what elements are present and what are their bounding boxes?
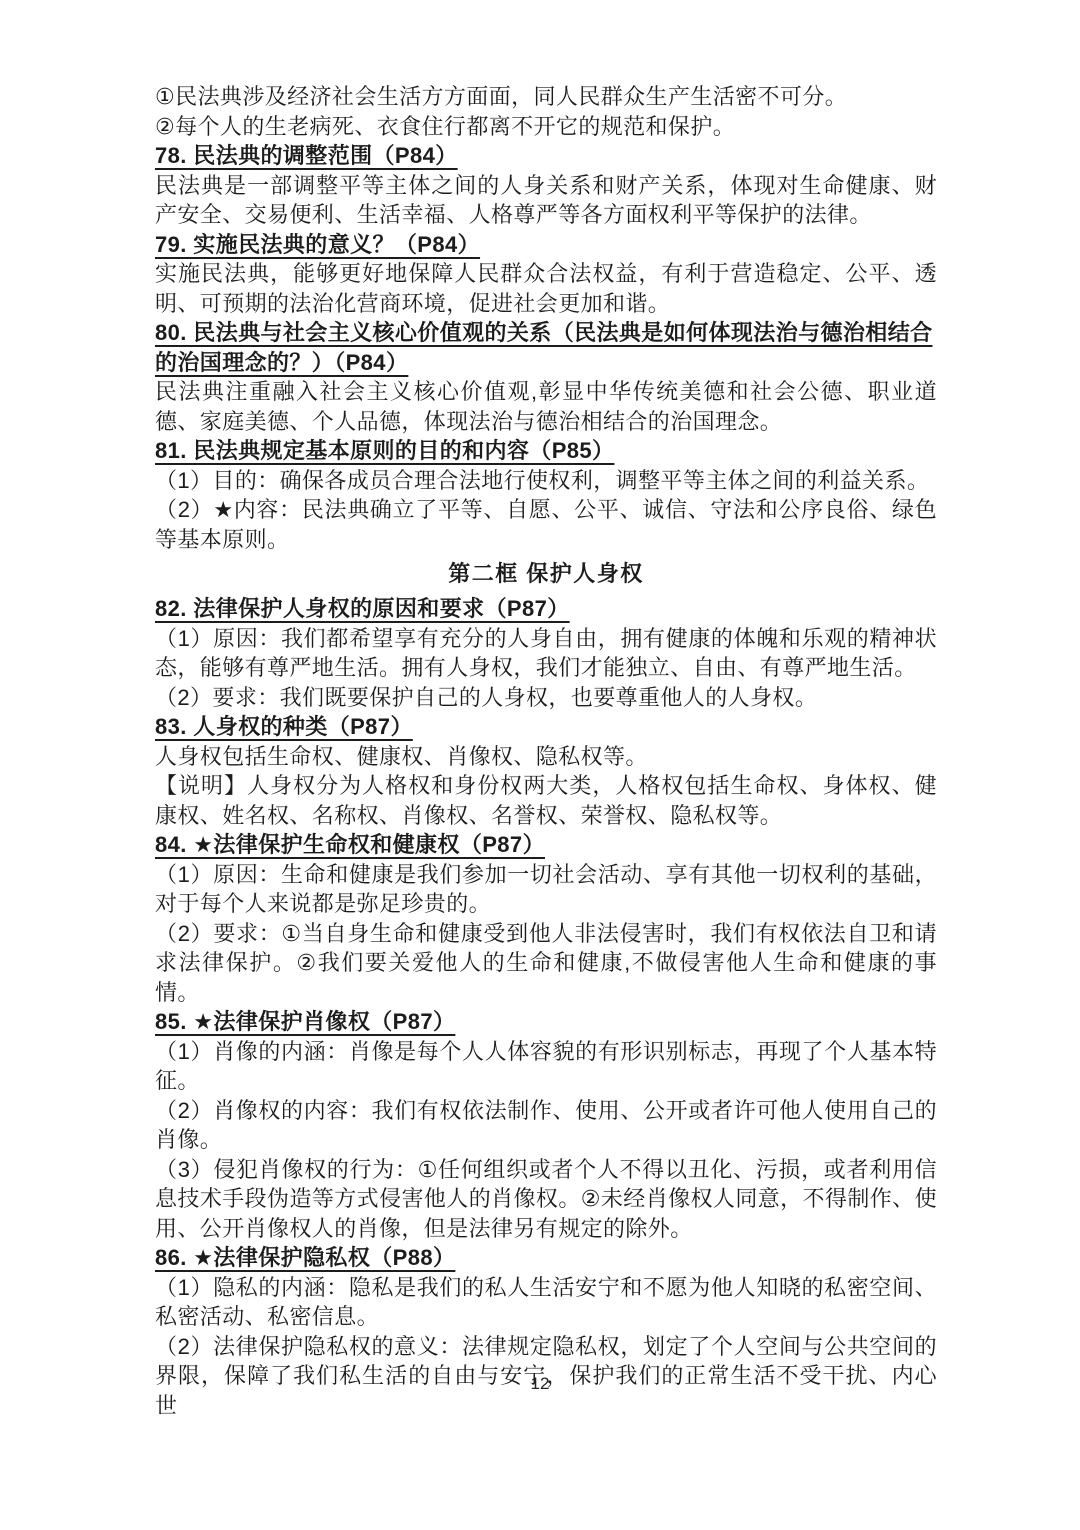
para-intro-2: ②每个人的生老病死、衣食住行都离不开它的规范和保护。 [155, 112, 937, 142]
para-intro-1: ①民法典涉及经济社会生活方方面面，同人民群众生产生活密不可分。 [155, 82, 937, 112]
heading-q80: 80. 民法典与社会主义核心价值观的关系（民法典是如何体现法治与德治相结合的治国… [155, 318, 937, 377]
heading-q81: 81. 民法典规定基本原则的目的和内容（P85） [155, 436, 937, 466]
para-q85-point-3: （3）侵犯肖像权的行为：①任何组织或者个人不得以丑化、污损，或者利用信息技术手段… [155, 1155, 937, 1244]
para-q85-point-2: （2）肖像权的内容：我们有权依法制作、使用、公开或者许可他人使用自己的肖像。 [155, 1096, 937, 1155]
heading-q83: 83. 人身权的种类（P87） [155, 712, 937, 742]
para-q82-point-1: （1）原因：我们都希望享有充分的人身自由，拥有健康的体魄和乐观的精神状态，能够有… [155, 624, 937, 683]
page-number: 12 [0, 1374, 1080, 1394]
section-title-frame2: 第二框 保护人身权 [155, 554, 937, 594]
heading-q84: 84. ★法律保护生命权和健康权（P87） [155, 830, 937, 860]
para-q79-answer: 实施民法典，能够更好地保障人民群众合法权益，有利于营造稳定、公平、透明、可预期的… [155, 259, 937, 318]
heading-q82: 82. 法律保护人身权的原因和要求（P87） [155, 594, 937, 624]
para-q80-answer: 民法典注重融入社会主义核心价值观,彰显中华传统美德和社会公德、职业道德、家庭美德… [155, 377, 937, 436]
para-q83-answer: 人身权包括生命权、健康权、肖像权、隐私权等。 [155, 742, 937, 772]
para-q86-point-1: （1）隐私的内涵：隐私是我们的私人生活安宁和不愿为他人知晓的私密空间、私密活动、… [155, 1273, 937, 1332]
para-q83-note: 【说明】人身权分为人格权和身份权两大类，人格权包括生命权、身体权、健康权、姓名权… [155, 771, 937, 830]
para-q84-point-1: （1）原因：生命和健康是我们参加一切社会活动、享有其他一切权利的基础，对于每个人… [155, 860, 937, 919]
para-q85-point-1: （1）肖像的内涵：肖像是每个人人体容貌的有形识别标志，再现了个人基本特征。 [155, 1037, 937, 1096]
heading-q78: 78. 民法典的调整范围（P84） [155, 141, 937, 171]
para-q78-answer: 民法典是一部调整平等主体之间的人身关系和财产关系，体现对生命健康、财产安全、交易… [155, 171, 937, 230]
heading-q85: 85. ★法律保护肖像权（P87） [155, 1007, 937, 1037]
document-content: ①民法典涉及经济社会生活方方面面，同人民群众生产生活密不可分。 ②每个人的生老病… [155, 82, 937, 1420]
para-q82-point-2: （2）要求：我们既要保护自己的人身权，也要尊重他人的人身权。 [155, 683, 937, 713]
para-q81-point-2: （2）★内容：民法典确立了平等、自愿、公平、诚信、守法和公序良俗、绿色等基本原则… [155, 495, 937, 554]
para-q84-point-2: （2）要求：①当自身生命和健康受到他人非法侵害时，我们有权依法自卫和请求法律保护… [155, 919, 937, 1008]
para-q81-point-1: （1）目的：确保各成员合理合法地行使权利，调整平等主体之间的利益关系。 [155, 466, 937, 496]
heading-q79: 79. 实施民法典的意义？（P84） [155, 230, 937, 260]
document-page: ①民法典涉及经济社会生活方方面面，同人民群众生产生活密不可分。 ②每个人的生老病… [0, 0, 1080, 1530]
heading-q86: 86. ★法律保护隐私权（P88） [155, 1243, 937, 1273]
